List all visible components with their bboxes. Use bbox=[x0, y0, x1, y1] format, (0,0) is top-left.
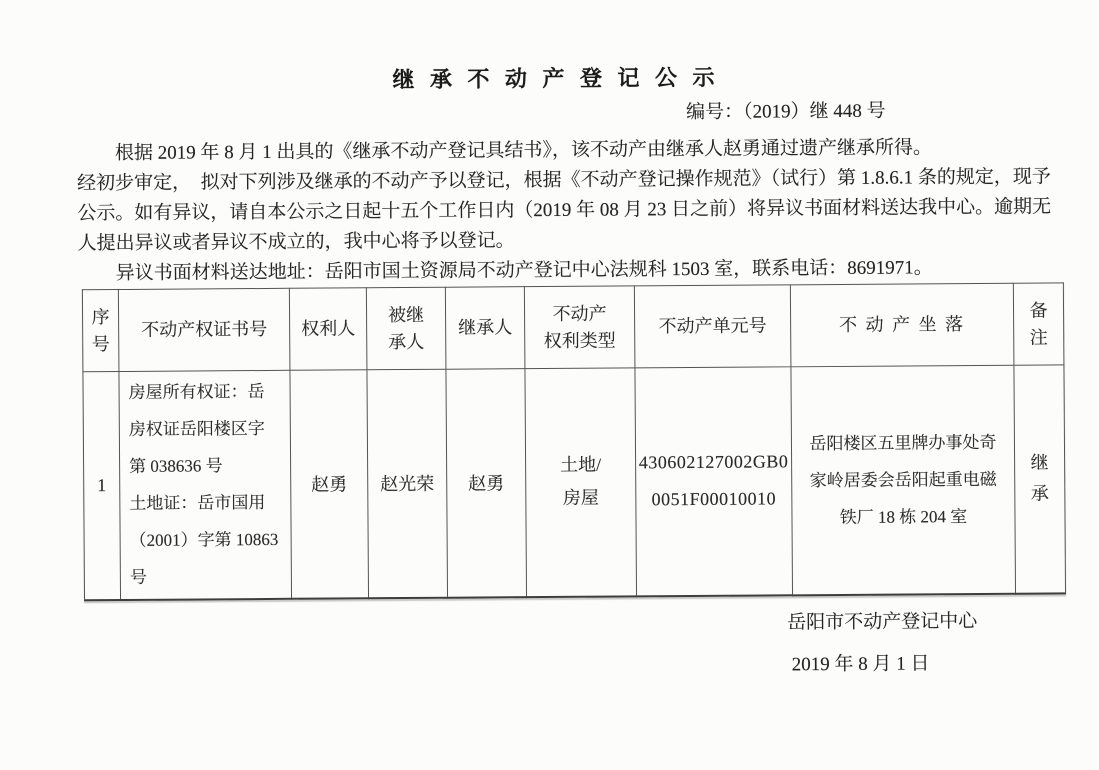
cell-cert-numbers: 房屋所有权证：岳房权证岳阳楼区字第 038636 号 土地证：岳市国用（2001… bbox=[119, 370, 292, 599]
header-heir: 继承人 bbox=[445, 287, 525, 370]
cert-land: 土地证：岳市国用（2001）字第 10863 号 bbox=[129, 484, 282, 596]
issue-date: 2019 年 8 月 1 日 bbox=[80, 650, 1065, 683]
cell-heir: 赵勇 bbox=[446, 369, 527, 598]
cell-seq: 1 bbox=[83, 372, 121, 600]
header-unit-number: 不动产单元号 bbox=[634, 285, 791, 368]
header-remark: 备 注 bbox=[1013, 283, 1064, 365]
cell-location: 岳阳楼区五里牌办事处奇家岭居委会岳阳起重电磁铁厂 18 栋 204 室 bbox=[791, 365, 1016, 595]
issuer-name: 岳阳市不动产登记中心 bbox=[80, 608, 1065, 641]
cell-right-holder: 赵勇 bbox=[290, 370, 369, 599]
document-content: 继 承 不 动 产 登 记 公 示 编号：（2019）继 448 号 根据 20… bbox=[0, 0, 1099, 683]
cell-remark: 继 承 bbox=[1014, 365, 1066, 593]
scanned-notice-document: 继 承 不 动 产 登 记 公 示 编号：（2019）继 448 号 根据 20… bbox=[0, 0, 1099, 770]
header-right-type: 不动产 权利类型 bbox=[524, 286, 635, 369]
document-title: 继 承 不 动 产 登 记 公 示 bbox=[76, 60, 1061, 97]
header-cert-number: 不动产权证书号 bbox=[118, 288, 290, 371]
document-number: 编号：（2019）继 448 号 bbox=[77, 97, 1062, 130]
table-header-row: 序 号 不动产权证书号 权利人 被继 承人 继承人 bbox=[82, 283, 1064, 372]
cell-right-type: 土地/ 房屋 bbox=[525, 368, 637, 597]
cert-house: 房屋所有权证：岳房权证岳阳楼区字第 038636 号 bbox=[128, 373, 281, 485]
header-decedent: 被继 承人 bbox=[366, 287, 446, 370]
cell-unit-number: 430602127002GB0 0051F00010010 bbox=[635, 367, 793, 596]
table-row: 1 房屋所有权证：岳房权证岳阳楼区字第 038636 号 土地证：岳市国用（20… bbox=[83, 365, 1066, 600]
header-right-holder: 权利人 bbox=[289, 288, 367, 371]
cell-decedent: 赵光荣 bbox=[367, 369, 448, 598]
notice-paragraph: 根据 2019 年 8 月 1 出具的《继承不动产登记具结书》，该不动产由继承人… bbox=[77, 132, 1063, 289]
header-location: 不 动 产 坐 落 bbox=[790, 283, 1014, 367]
registration-table: 序 号 不动产权证书号 权利人 被继 承人 继承人 bbox=[82, 282, 1066, 600]
header-seq: 序 号 bbox=[82, 290, 119, 372]
